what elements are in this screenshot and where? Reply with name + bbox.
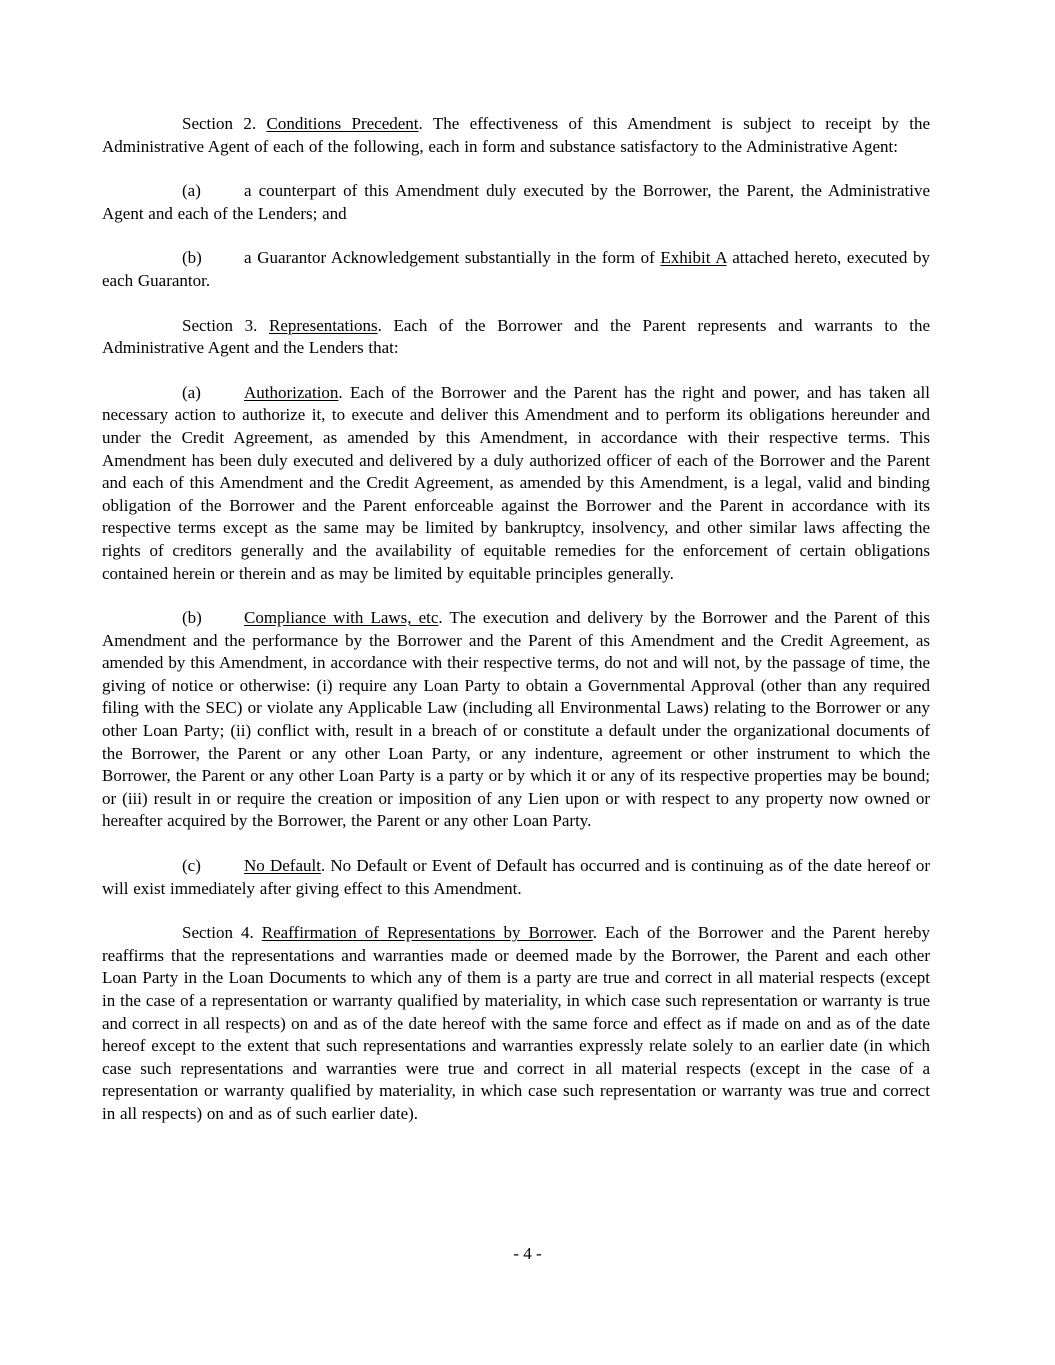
underlined-term: Reaffirmation of Representations by Borr… [262, 923, 593, 942]
list-item-label: (a) [182, 382, 244, 405]
underlined-term: No Default [244, 856, 321, 875]
paragraph-item-2b: (b)a Guarantor Acknowledgement substanti… [102, 247, 930, 292]
underlined-term: Representations [269, 316, 378, 335]
text-segment: Section 2. [182, 114, 267, 133]
paragraph-item-3b: (b)Compliance with Laws, etc. The execut… [102, 607, 930, 833]
underlined-term: Authorization [244, 383, 338, 402]
text-segment: Section 3. [182, 316, 269, 335]
underlined-term: Conditions Precedent [267, 114, 419, 133]
paragraph-item-3c: (c)No Default. No Default or Event of De… [102, 855, 930, 900]
text-segment: Section 4. [182, 923, 262, 942]
paragraph-item-3a: (a)Authorization. Each of the Borrower a… [102, 382, 930, 585]
text-segment: . The execution and delivery by the Borr… [102, 608, 930, 830]
paragraph-item-2a: (a)a counterpart of this Amendment duly … [102, 180, 930, 225]
underlined-term: Compliance with Laws, etc [244, 608, 438, 627]
paragraph-section-2: Section 2. Conditions Precedent. The eff… [102, 113, 930, 158]
page-number: - 4 - [0, 1243, 1055, 1266]
underlined-term: Exhibit A [660, 248, 726, 267]
list-item-label: (c) [182, 855, 244, 878]
list-item-label: (a) [182, 180, 244, 203]
text-segment: . Each of the Borrower and the Parent he… [102, 923, 930, 1123]
text-segment: a Guarantor Acknowledgement substantiall… [244, 248, 660, 267]
page-body: Section 2. Conditions Precedent. The eff… [102, 113, 930, 1148]
paragraph-section-4: Section 4. Reaffirmation of Representati… [102, 922, 930, 1125]
text-segment: . Each of the Borrower and the Parent ha… [102, 383, 930, 583]
list-item-label: (b) [182, 247, 244, 270]
list-item-label: (b) [182, 607, 244, 630]
paragraph-section-3: Section 3. Representations. Each of the … [102, 315, 930, 360]
document-page: Section 2. Conditions Precedent. The eff… [0, 0, 1055, 1365]
